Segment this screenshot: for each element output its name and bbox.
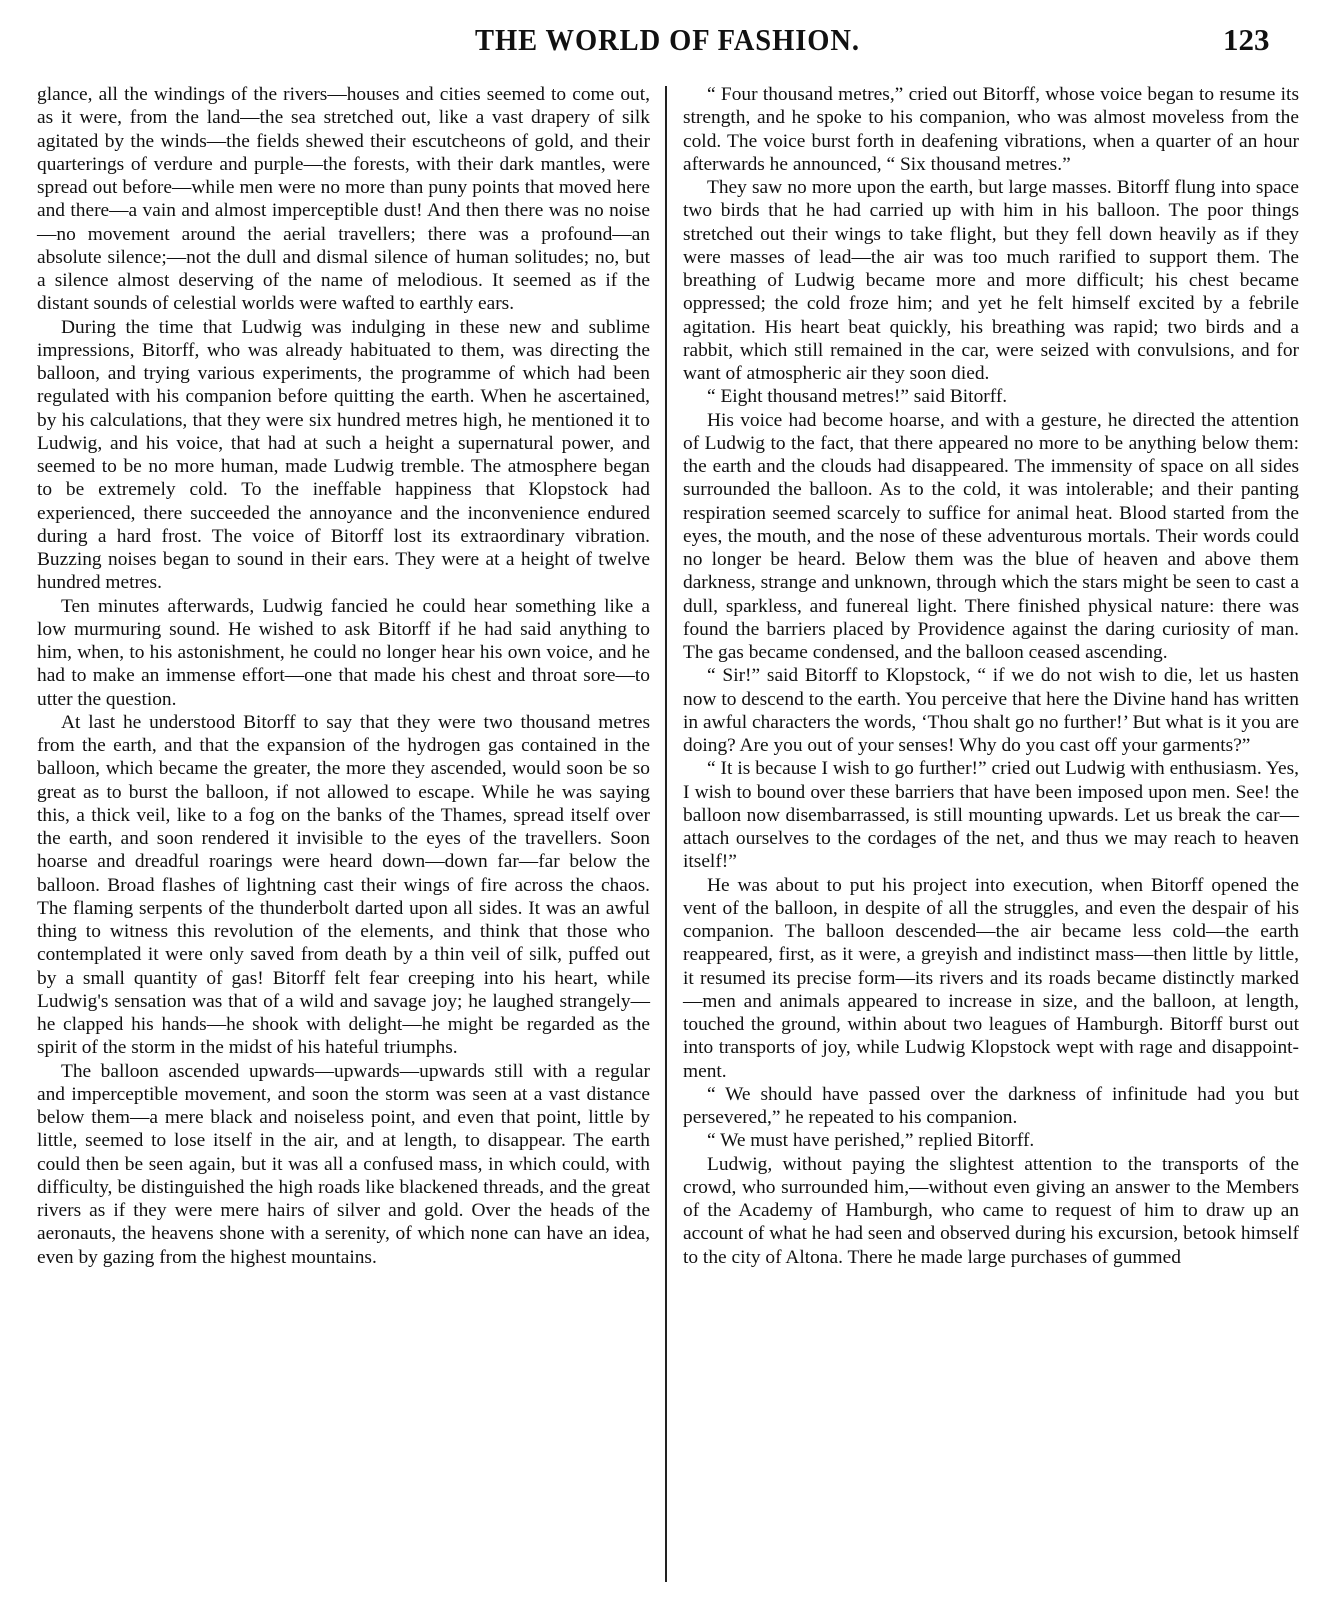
paragraph: Ten minutes afterwards, Ludwig fancied h… (37, 595, 650, 711)
paragraph: He was about to put his project into exe… (683, 874, 1299, 1083)
paragraph: “ We should have passed over the darknes… (683, 1083, 1299, 1130)
paragraph: His voice had become hoarse, and with a … (683, 409, 1299, 665)
paragraph: They saw no more upon the earth, but lar… (683, 176, 1299, 385)
page-header: THE WORLD OF FASHION. 123 (0, 18, 1335, 68)
paragraph: glance, all the windings of the rivers—h… (37, 83, 650, 316)
right-column: “ Four thousand metres,” cried out Bitor… (683, 83, 1299, 1269)
paragraph: “ Sir!” said Bitorff to Klopstock, “ if … (683, 664, 1299, 757)
paragraph: “ Eight thousand metres!” said Bitorff. (683, 385, 1299, 408)
paragraph: “ Four thousand metres,” cried out Bitor… (683, 83, 1299, 176)
paragraph: At last he understood Bitorff to say tha… (37, 711, 650, 1060)
left-column: glance, all the windings of the rivers—h… (37, 83, 650, 1269)
paragraph: “ We must have perished,” replied Bitorf… (683, 1129, 1299, 1152)
paragraph: “ It is because I wish to go further!” c… (683, 757, 1299, 873)
paragraph: The balloon ascended upwards—upwards—upw… (37, 1060, 650, 1269)
paragraph: Ludwig, without paying the slightest att… (683, 1153, 1299, 1269)
column-divider (665, 86, 667, 1582)
page-title: THE WORLD OF FASHION. (53, 22, 1281, 58)
page-number: 123 (1223, 22, 1270, 58)
paragraph: During the time that Ludwig was indulgin… (37, 316, 650, 595)
